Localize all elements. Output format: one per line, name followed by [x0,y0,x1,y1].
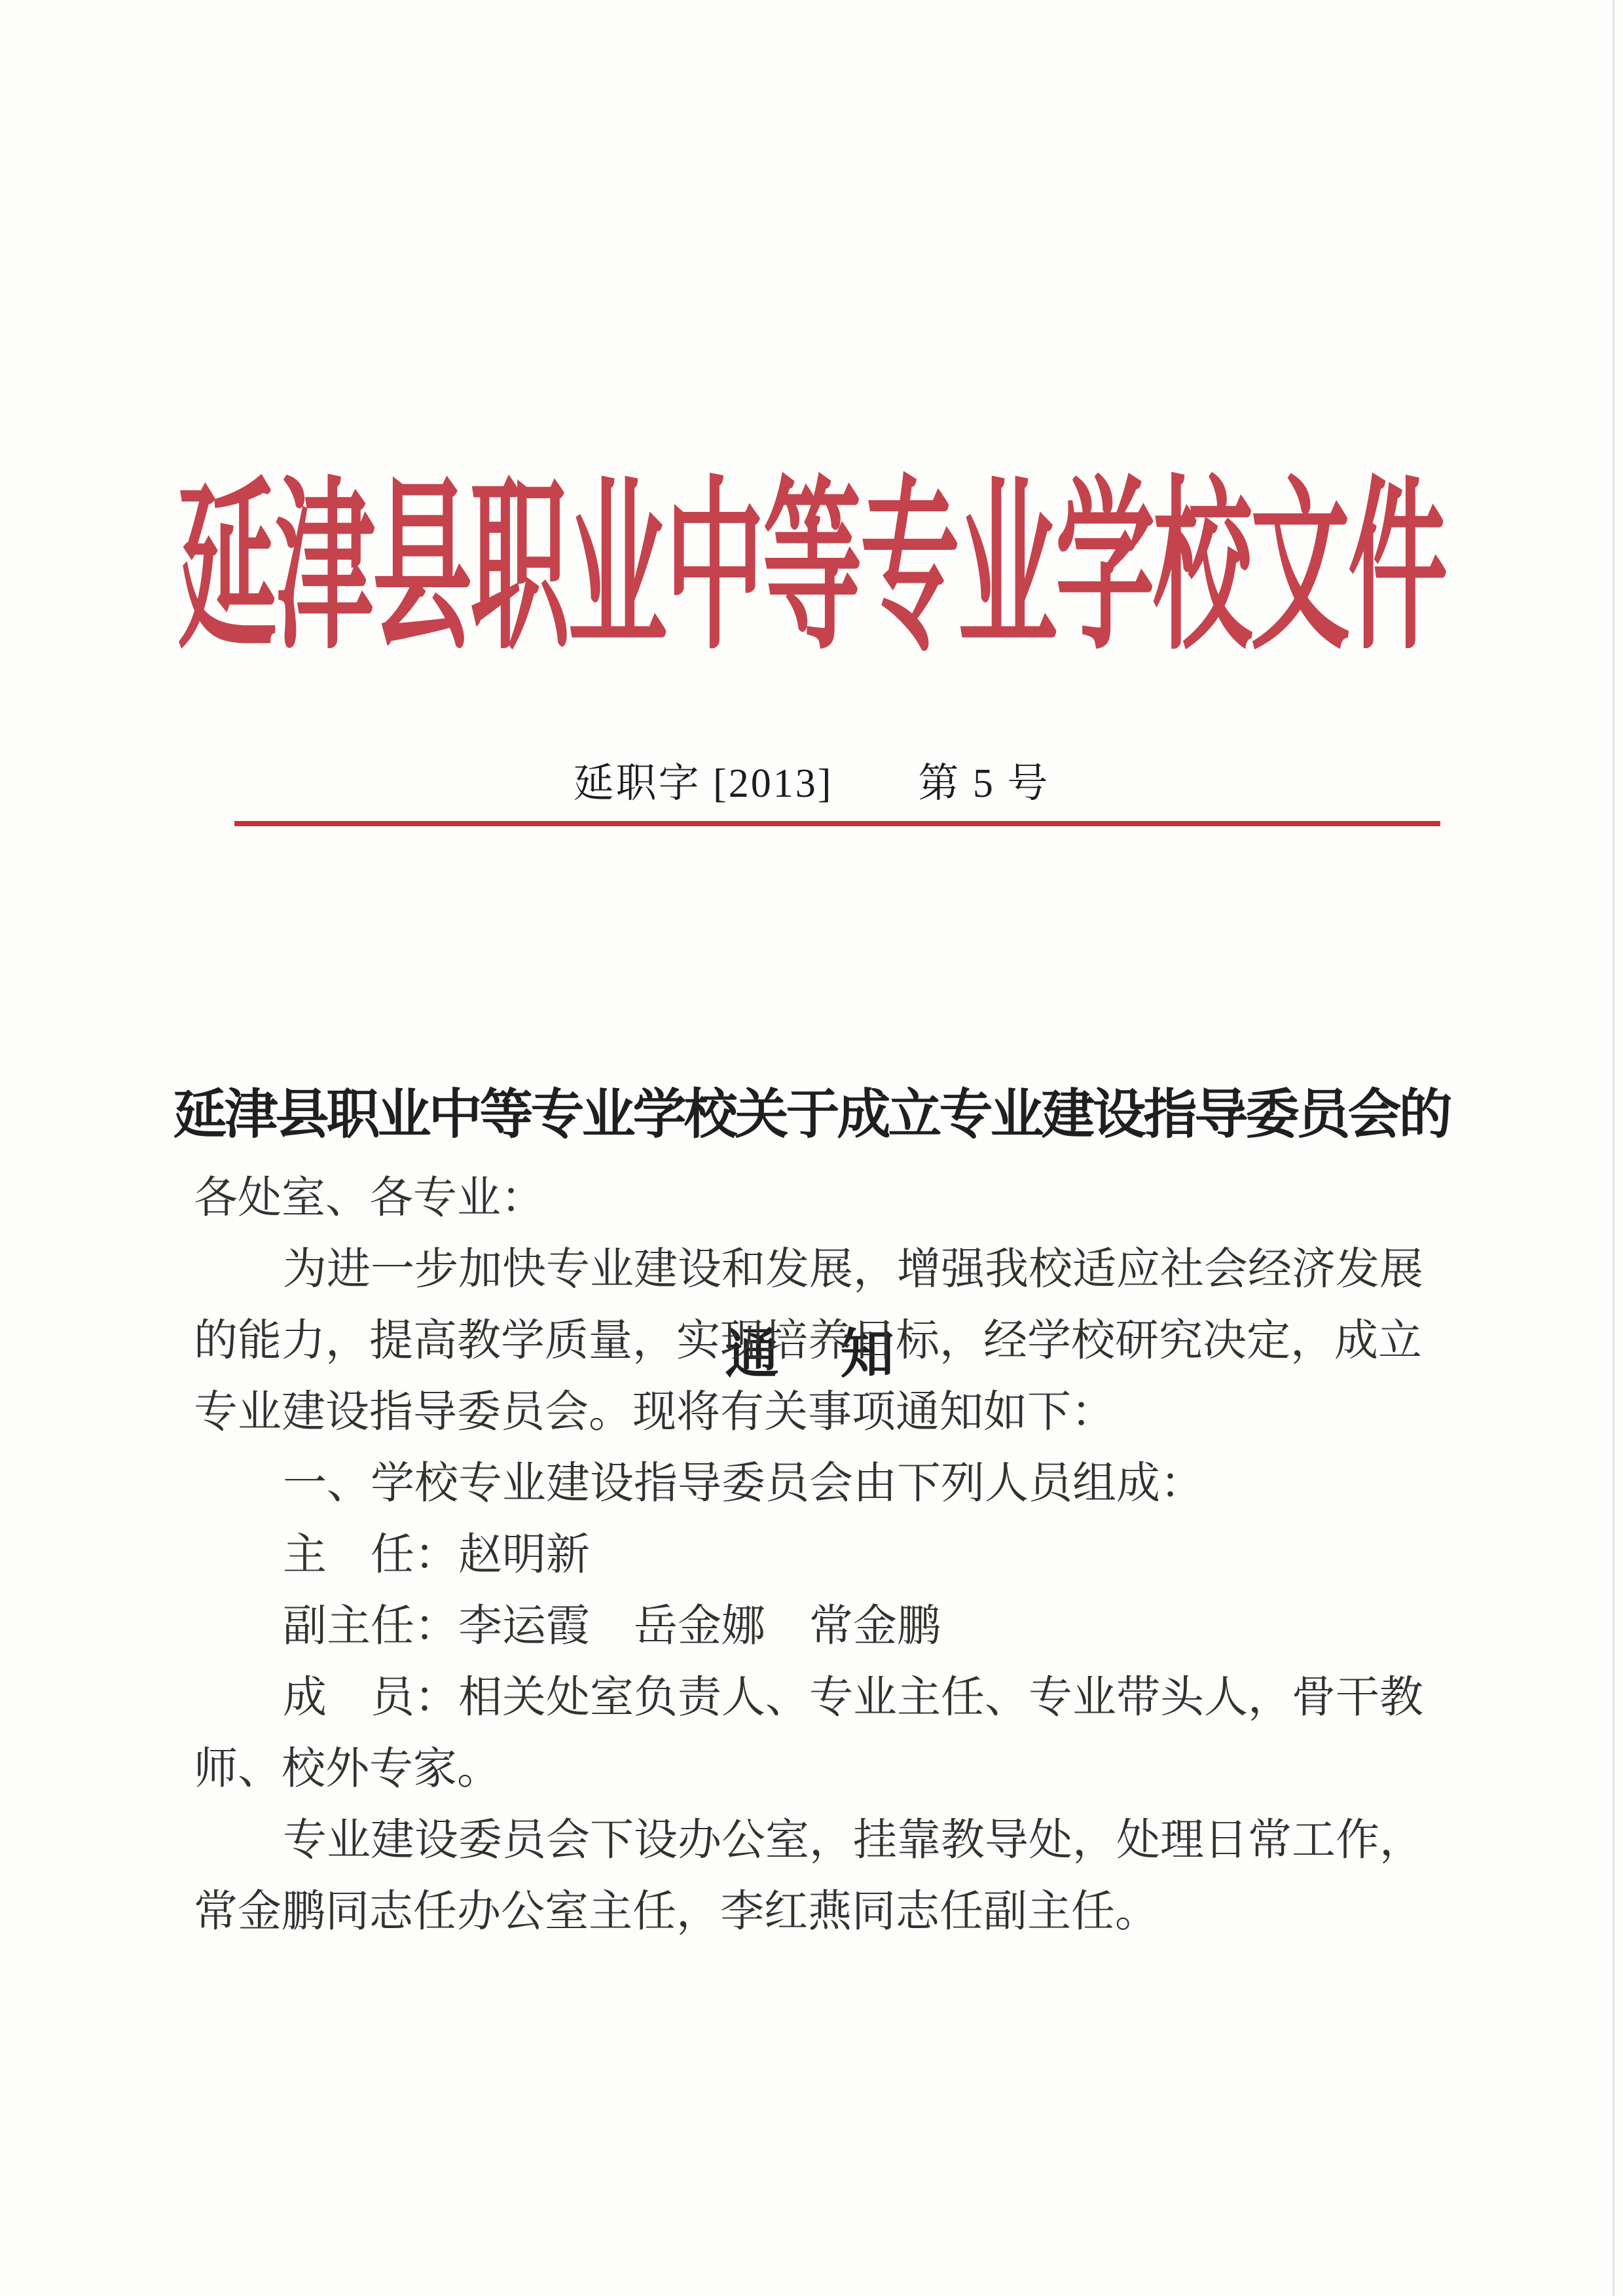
body-text-line: 成 员：相关处室负责人、专业主任、专业带头人，骨干教 [194,1662,1444,1734]
body-text-line: 各处室、各专业： [194,1163,1444,1234]
body-text-line: 为进一步加快专业建设和发展，增强我校适应社会经济发展 [194,1234,1444,1305]
body-text-line: 一、学校专业建设指导委员会由下列人员组成： [194,1448,1444,1520]
scan-edge-artifact [1613,0,1614,2296]
document-number: 延职字 [2013] 第 5 号 [0,750,1623,809]
notice-title-line-1: 延津县职业中等专业学校关于成立专业建设指导委员会的 [0,1075,1623,1155]
body-text-line: 副主任：李运霞 岳金娜 常金鹏 [194,1591,1444,1662]
body-text-line: 专业建设指导委员会。现将有关事项通知如下： [194,1377,1444,1448]
letterhead-title: 延津县职业中等专业学校文件 [0,473,1623,667]
body-text-line: 的能力，提高教学质量，实现培养目标，经学校研究决定，成立 [194,1305,1444,1377]
notice-body: 各处室、各专业：为进一步加快专业建设和发展，增强我校适应社会经济发展的能力，提高… [194,1163,1444,1948]
body-text-line: 专业建设委员会下设办公室，挂靠教导处，处理日常工作， [194,1805,1444,1876]
body-text-line: 主 任：赵明新 [194,1520,1444,1591]
document-page: 延津县职业中等专业学校文件 延职字 [2013] 第 5 号 延津县职业中等专业… [0,0,1623,2296]
red-divider-line [234,821,1440,826]
body-text-line: 师、校外专家。 [194,1734,1444,1805]
body-text-line: 常金鹏同志任办公室主任，李红燕同志任副主任。 [194,1876,1444,1948]
